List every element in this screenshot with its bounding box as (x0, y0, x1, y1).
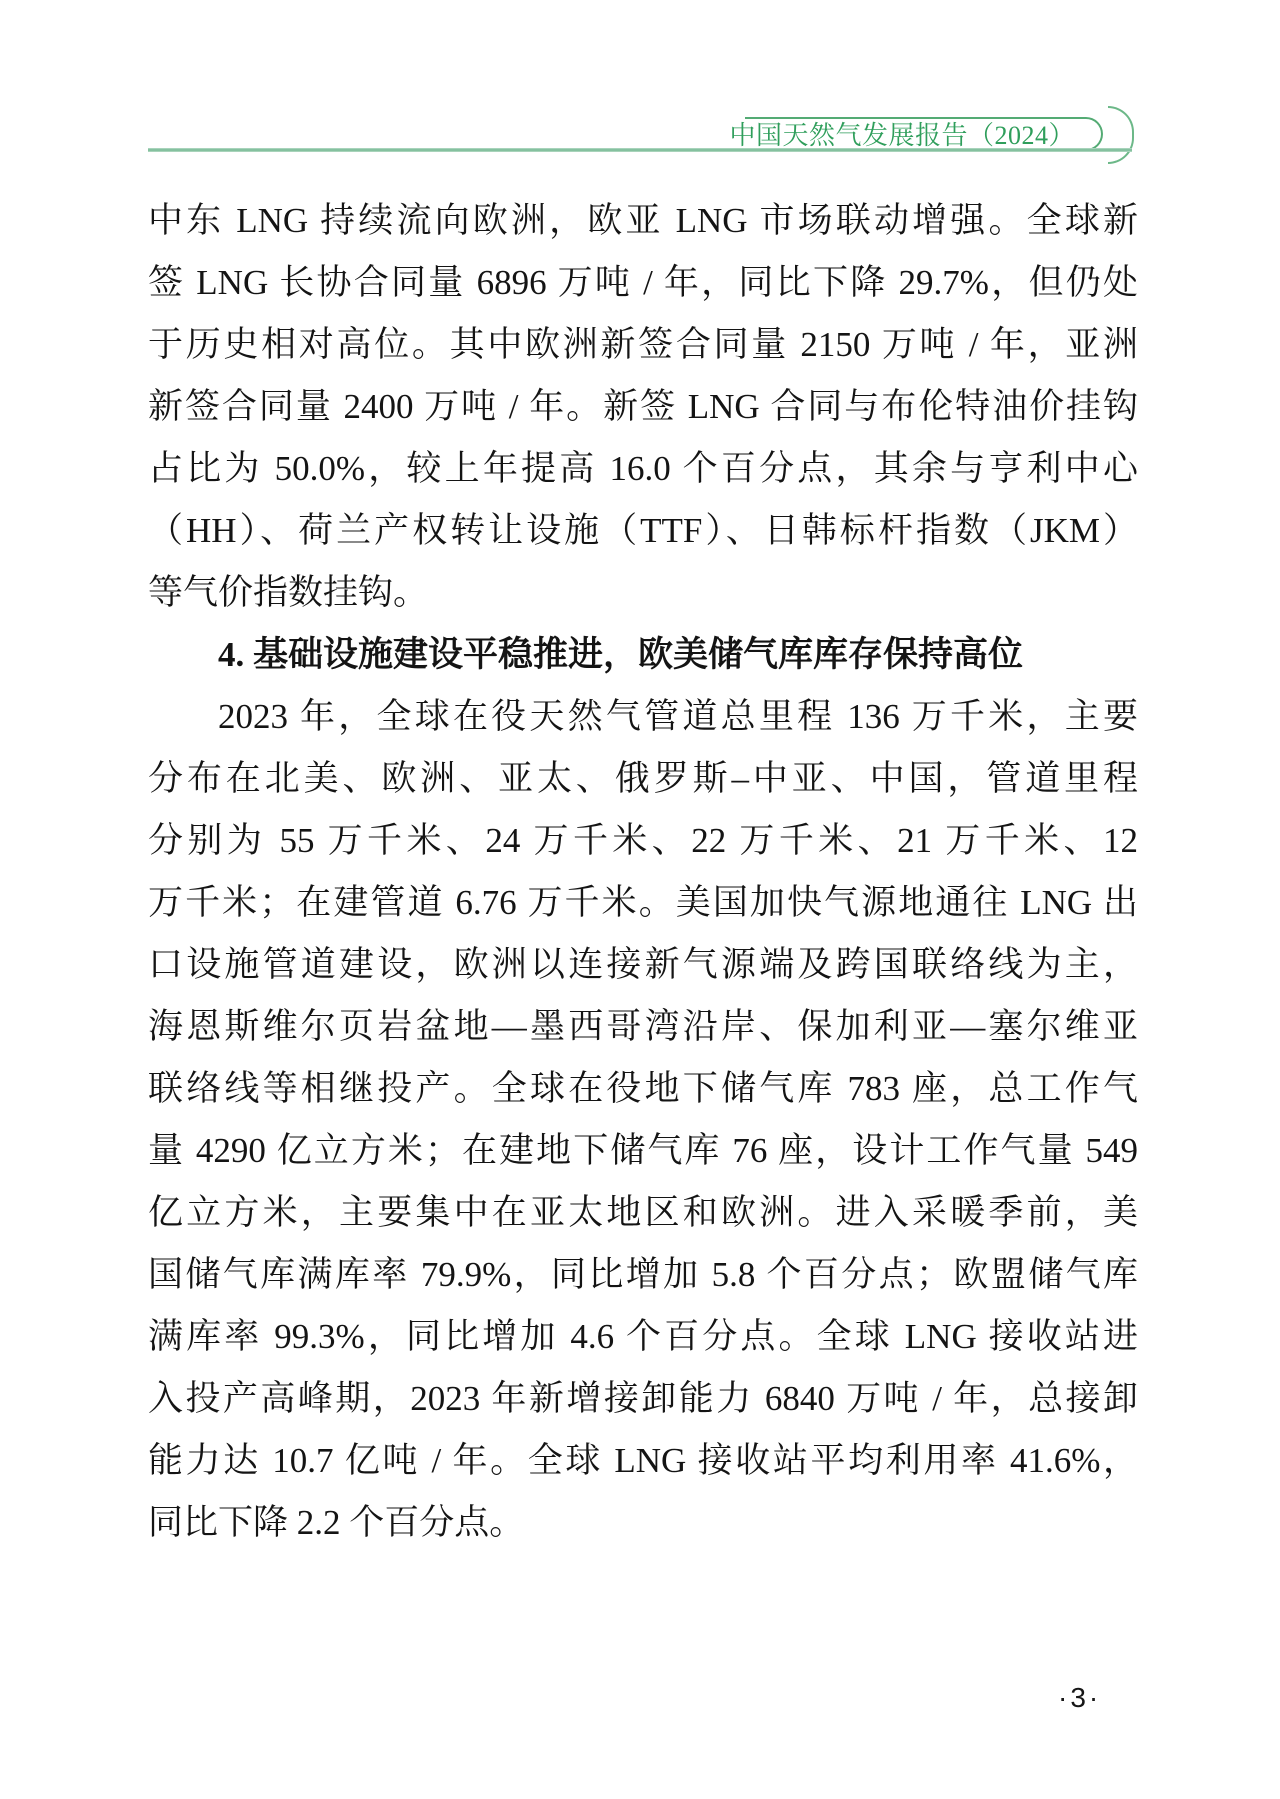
text-line: 能力达 10.7 亿吨 / 年。全球 LNG 接收站平均利用率 41.6%， (148, 1430, 1138, 1492)
text-line: 国储气库满库率 79.9%，同比增加 5.8 个百分点；欧盟储气库 (148, 1244, 1138, 1306)
text-line: （HH）、荷兰产权转让设施（TTF）、日韩标杆指数（JKM） (148, 500, 1138, 562)
paragraph-1: 中东 LNG 持续流向欧洲，欧亚 LNG 市场联动增强。全球新签 LNG 长协合… (148, 190, 1138, 624)
text-line: 中东 LNG 持续流向欧洲，欧亚 LNG 市场联动增强。全球新 (148, 190, 1138, 252)
text-line: 海恩斯维尔页岩盆地—墨西哥湾沿岸、保加利亚—塞尔维亚 (148, 996, 1138, 1058)
text-line: 满库率 99.3%，同比增加 4.6 个百分点。全球 LNG 接收站进 (148, 1306, 1138, 1368)
text-line: 联络线等相继投产。全球在役地下储气库 783 座，总工作气 (148, 1058, 1138, 1120)
report-page: 中国天然气发展报告（2024） 中东 LNG 持续流向欧洲，欧亚 LNG 市场联… (0, 0, 1280, 1799)
text-line: 分布在北美、欧洲、亚太、俄罗斯–中亚、中国，管道里程 (148, 748, 1138, 810)
text-line: 2023 年，全球在役天然气管道总里程 136 万千米，主要 (148, 686, 1138, 748)
header-title: 中国天然气发展报告（2024） (715, 121, 1075, 151)
text-line: 量 4290 亿立方米；在建地下储气库 76 座，设计工作气量 549 (148, 1120, 1138, 1182)
text-line: 签 LNG 长协合同量 6896 万吨 / 年，同比下降 29.7%，但仍处 (148, 252, 1138, 314)
text-line: 同比下降 2.2 个百分点。 (148, 1492, 1138, 1554)
text-line: 亿立方米，主要集中在亚太地区和欧洲。进入采暖季前，美 (148, 1182, 1138, 1244)
page-number: ·3· (1058, 1682, 1101, 1714)
text-line: 分别为 55 万千米、24 万千米、22 万千米、21 万千米、12 (148, 810, 1138, 872)
text-line: 等气价指数挂钩。 (148, 562, 1138, 624)
section-heading: 4. 基础设施建设平稳推进，欧美储气库库存保持高位 (148, 624, 1138, 686)
text-line: 占比为 50.0%，较上年提高 16.0 个百分点，其余与亨利中心 (148, 438, 1138, 500)
text-line: 于历史相对高位。其中欧洲新签合同量 2150 万吨 / 年，亚洲 (148, 314, 1138, 376)
page-body: 中东 LNG 持续流向欧洲，欧亚 LNG 市场联动增强。全球新签 LNG 长协合… (148, 190, 1138, 1554)
paragraph-2: 2023 年，全球在役天然气管道总里程 136 万千米，主要分布在北美、欧洲、亚… (148, 686, 1138, 1554)
text-line: 万千米；在建管道 6.76 万千米。美国加快气源地通往 LNG 出 (148, 872, 1138, 934)
text-line: 新签合同量 2400 万吨 / 年。新签 LNG 合同与布伦特油价挂钩 (148, 376, 1138, 438)
text-line: 入投产高峰期，2023 年新增接卸能力 6840 万吨 / 年，总接卸 (148, 1368, 1138, 1430)
text-line: 口设施管道建设，欧洲以连接新气源端及跨国联络线为主， (148, 934, 1138, 996)
header-rule (148, 148, 1132, 152)
header-outer-arc (1108, 106, 1134, 164)
